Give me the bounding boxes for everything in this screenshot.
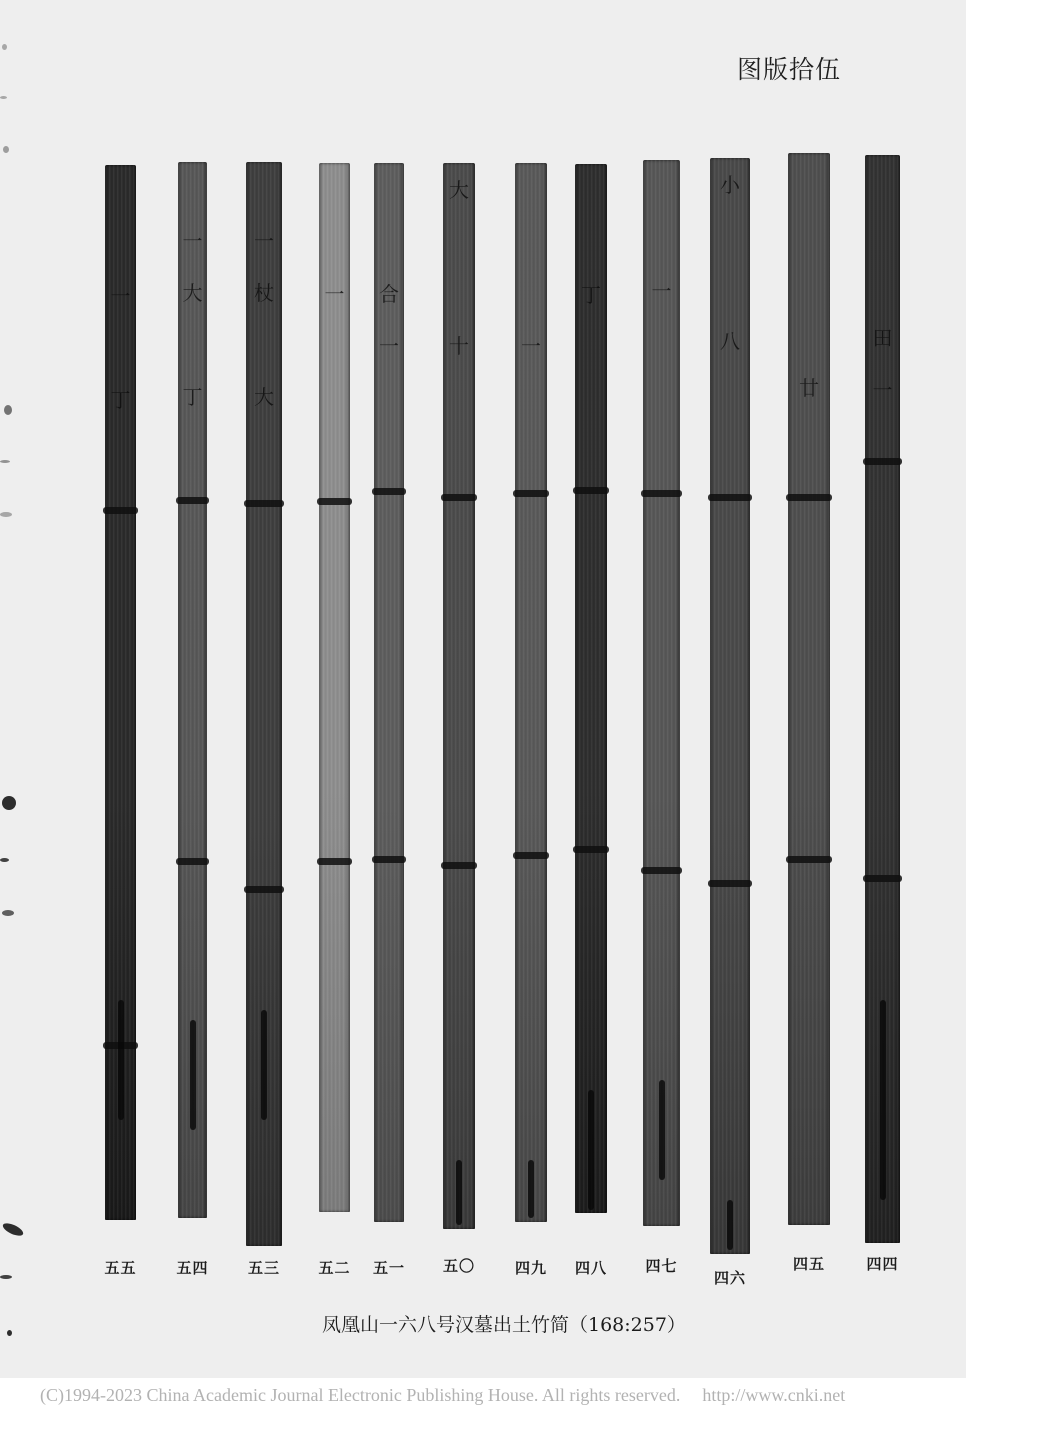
margin-mark bbox=[0, 858, 9, 862]
bamboo-slip: 大十 bbox=[443, 163, 475, 1229]
ink-character: 杖 bbox=[246, 280, 282, 306]
slip-number-label: 四四 bbox=[866, 1253, 898, 1274]
slip-number-label: 五五 bbox=[104, 1257, 136, 1278]
copyright-footer: (C)1994-2023 China Academic Journal Elec… bbox=[40, 1385, 845, 1406]
slip-number-label: 四七 bbox=[645, 1255, 677, 1276]
slip-number-label: 四九 bbox=[515, 1257, 547, 1278]
ink-character: 一 bbox=[105, 283, 136, 309]
copyright-text: (C)1994-2023 China Academic Journal Elec… bbox=[40, 1385, 680, 1405]
wood-grain bbox=[515, 163, 547, 1222]
margin-mark bbox=[2, 796, 16, 810]
binding-cord-mark bbox=[863, 875, 902, 882]
margin-mark bbox=[0, 512, 12, 517]
bamboo-slip: 丁 bbox=[575, 164, 607, 1213]
binding-cord-mark bbox=[513, 852, 549, 859]
slip-number-label: 五一 bbox=[373, 1257, 405, 1278]
cnki-link[interactable]: http://www.cnki.net bbox=[702, 1385, 845, 1405]
margin-mark bbox=[0, 96, 7, 99]
bamboo-slip: 一大丁 bbox=[178, 162, 207, 1218]
wood-grain bbox=[319, 163, 350, 1212]
figure-caption: 凤凰山一六八号汉墓出土竹简（168:257） bbox=[322, 1310, 686, 1337]
ink-character: 一 bbox=[515, 333, 547, 359]
ink-streak bbox=[528, 1160, 534, 1218]
ink-character: 十 bbox=[443, 333, 475, 359]
ink-character: 一 bbox=[865, 377, 900, 403]
ink-character: 一 bbox=[246, 228, 282, 254]
margin-mark bbox=[2, 44, 7, 50]
binding-cord-mark bbox=[372, 856, 406, 863]
ink-character: 丁 bbox=[178, 384, 207, 410]
ink-streak bbox=[118, 1000, 124, 1120]
binding-cord-mark bbox=[441, 494, 477, 501]
binding-cord-mark bbox=[244, 500, 284, 507]
margin-mark bbox=[1, 1221, 25, 1238]
binding-cord-mark bbox=[317, 498, 352, 505]
margin-mark bbox=[3, 146, 9, 153]
ink-character: 田 bbox=[865, 325, 900, 351]
ink-streak bbox=[456, 1160, 462, 1225]
ink-character: 八 bbox=[710, 328, 750, 354]
ink-character: 合 bbox=[374, 281, 404, 307]
wood-grain bbox=[575, 164, 607, 1213]
ink-streak bbox=[261, 1010, 267, 1120]
wood-grain bbox=[710, 158, 750, 1254]
slip-number-label: 四五 bbox=[793, 1253, 825, 1274]
binding-cord-mark bbox=[317, 858, 352, 865]
binding-cord-mark bbox=[103, 507, 138, 514]
ink-streak bbox=[659, 1080, 665, 1180]
slip-number-label: 五三 bbox=[248, 1257, 280, 1278]
binding-cord-mark bbox=[786, 856, 832, 863]
binding-cord-mark bbox=[244, 886, 284, 893]
scanned-page: 图版拾伍 一丁一大丁一杖大一合一大十一丁一小八廿田一 五五五四五三五二五一五〇四… bbox=[0, 0, 966, 1378]
ink-streak bbox=[190, 1020, 196, 1130]
bamboo-slip: 一杖大 bbox=[246, 162, 282, 1246]
margin-mark bbox=[2, 910, 14, 916]
ink-character: 一 bbox=[374, 333, 404, 359]
binding-cord-mark bbox=[176, 858, 209, 865]
ink-character: 丁 bbox=[575, 282, 607, 308]
bamboo-slip: 一丁 bbox=[105, 165, 136, 1220]
binding-cord-mark bbox=[786, 494, 832, 501]
bamboo-slip: 一 bbox=[515, 163, 547, 1222]
bamboo-slip: 廿 bbox=[788, 153, 830, 1225]
slip-number-label: 四八 bbox=[575, 1257, 607, 1278]
ink-streak bbox=[588, 1090, 594, 1210]
margin-mark bbox=[0, 1275, 12, 1279]
wood-grain bbox=[643, 160, 680, 1226]
binding-cord-mark bbox=[641, 490, 682, 497]
bamboo-slip: 小八 bbox=[710, 158, 750, 1254]
binding-cord-mark bbox=[573, 846, 609, 853]
ink-character: 大 bbox=[246, 384, 282, 410]
wood-grain bbox=[788, 153, 830, 1225]
binding-cord-mark bbox=[708, 494, 752, 501]
bamboo-slip: 合一 bbox=[374, 163, 404, 1222]
slip-number-label: 四六 bbox=[714, 1267, 746, 1288]
ink-character: 廿 bbox=[788, 375, 830, 401]
ink-character: 小 bbox=[710, 172, 750, 198]
wood-grain bbox=[374, 163, 404, 1222]
margin-mark bbox=[4, 405, 12, 415]
margin-mark bbox=[7, 1330, 12, 1336]
ink-streak bbox=[880, 1000, 886, 1200]
ink-character: 丁 bbox=[105, 387, 136, 413]
ink-character: 一 bbox=[319, 281, 350, 307]
binding-cord-mark bbox=[573, 487, 609, 494]
binding-cord-mark bbox=[441, 862, 477, 869]
slip-number-label: 五二 bbox=[318, 1257, 350, 1278]
binding-cord-mark bbox=[641, 867, 682, 874]
binding-cord-mark bbox=[863, 458, 902, 465]
plate-title: 图版拾伍 bbox=[737, 50, 841, 86]
margin-mark bbox=[0, 460, 10, 463]
bamboo-slip: 一 bbox=[643, 160, 680, 1226]
ink-character: 大 bbox=[443, 177, 475, 203]
slip-number-label: 五〇 bbox=[443, 1255, 475, 1276]
ink-character: 大 bbox=[178, 280, 207, 306]
ink-character: 一 bbox=[643, 278, 680, 304]
binding-cord-mark bbox=[708, 880, 752, 887]
binding-cord-mark bbox=[176, 497, 209, 504]
bamboo-slip: 田一 bbox=[865, 155, 900, 1243]
binding-cord-mark bbox=[513, 490, 549, 497]
bamboo-slip: 一 bbox=[319, 163, 350, 1212]
binding-cord-mark bbox=[372, 488, 406, 495]
slip-number-label: 五四 bbox=[176, 1257, 208, 1278]
ink-character: 一 bbox=[178, 228, 207, 254]
ink-streak bbox=[727, 1200, 733, 1250]
wood-grain bbox=[443, 163, 475, 1229]
